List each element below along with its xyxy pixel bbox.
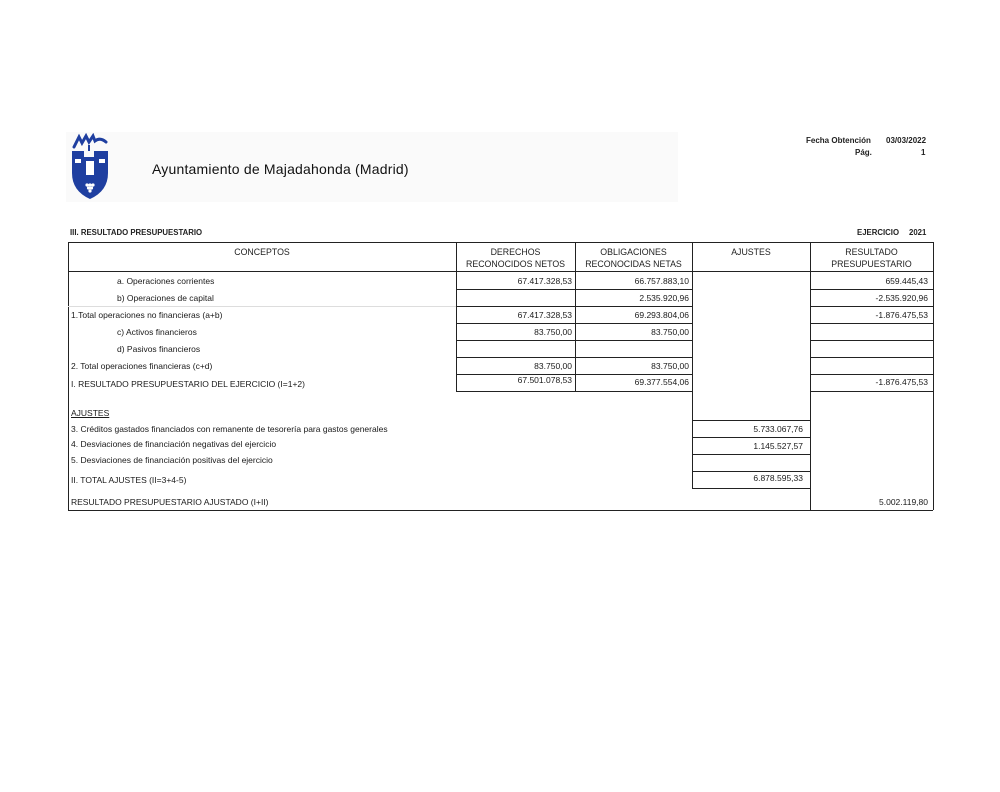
concept-label: II. TOTAL AJUSTES (II=3+4-5) [71,475,186,486]
fecha-value: 03/03/2022 [886,136,926,145]
ajustes-heading: AJUSTES [71,408,109,419]
concept-label: d) Pasivos financieros [117,344,200,355]
column-header-obligaciones: OBLIGACIONES RECONOCIDAS NETAS [575,247,692,270]
obligaciones-value: 2.535.920,96 [577,293,689,304]
derechos-value: 67.501.078,53 [458,375,572,386]
obligaciones-value: 83.750,00 [577,361,689,372]
resultado-value: -2.535.920,96 [812,293,928,304]
ajustes-value: 5.733.067,76 [694,424,803,435]
obligaciones-value: 69.377.554,06 [577,377,689,388]
obligaciones-value: 66.757.883,10 [577,276,689,287]
concept-label: 1.Total operaciones no financieras (a+b) [71,310,222,321]
derechos-value: 67.417.328,53 [458,276,572,287]
fecha-label: Fecha Obtención [806,136,871,145]
obligaciones-value: 69.293.804,06 [577,310,689,321]
concept-label: 5. Desviaciones de financiación positiva… [71,455,273,466]
ajustes-value: 6.878.595,33 [694,473,803,484]
organization-name: Ayuntamiento de Majadahonda (Madrid) [152,161,409,177]
concept-label: a. Operaciones corrientes [117,276,214,287]
column-header-conceptos: CONCEPTOS [68,247,456,259]
column-header-resultado: RESULTADO PRESUPUESTARIO [810,247,933,270]
resultado-value: 659.445,43 [812,276,928,287]
concept-label: 3. Créditos gastados financiados con rem… [71,424,388,435]
derechos-value: 83.750,00 [458,361,572,372]
resultado-ajustado-value: 5.002.119,80 [812,497,928,508]
resultado-value: -1.876.475,53 [812,310,928,321]
concept-label: 4. Desviaciones de financiación negativa… [71,439,276,450]
ejercicio-label: EJERCICIO [857,228,899,237]
page-number: 1 [921,148,925,157]
ajustes-value: 1.145.527,57 [694,441,803,452]
concept-label: RESULTADO PRESUPUESTARIO AJUSTADO (I+II) [71,497,269,508]
column-header-derechos: DERECHOS RECONOCIDOS NETOS [456,247,575,270]
concept-label: c) Activos financieros [117,327,197,338]
derechos-value: 67.417.328,53 [458,310,572,321]
concept-label: 2. Total operaciones financieras (c+d) [71,361,212,372]
ejercicio-value: 2021 [909,228,926,237]
column-header-ajustes: AJUSTES [692,247,810,259]
resultado-value: -1.876.475,53 [812,377,928,388]
concept-label: b) Operaciones de capital [117,293,214,304]
obligaciones-value: 83.750,00 [577,327,689,338]
page-label: Pág. [855,148,872,157]
majadahonda-coat-of-arms-icon [70,133,112,201]
report-title: III. RESULTADO PRESUPUESTARIO [70,228,202,237]
derechos-value: 83.750,00 [458,327,572,338]
concept-label: I. RESULTADO PRESUPUESTARIO DEL EJERCICI… [71,379,305,390]
